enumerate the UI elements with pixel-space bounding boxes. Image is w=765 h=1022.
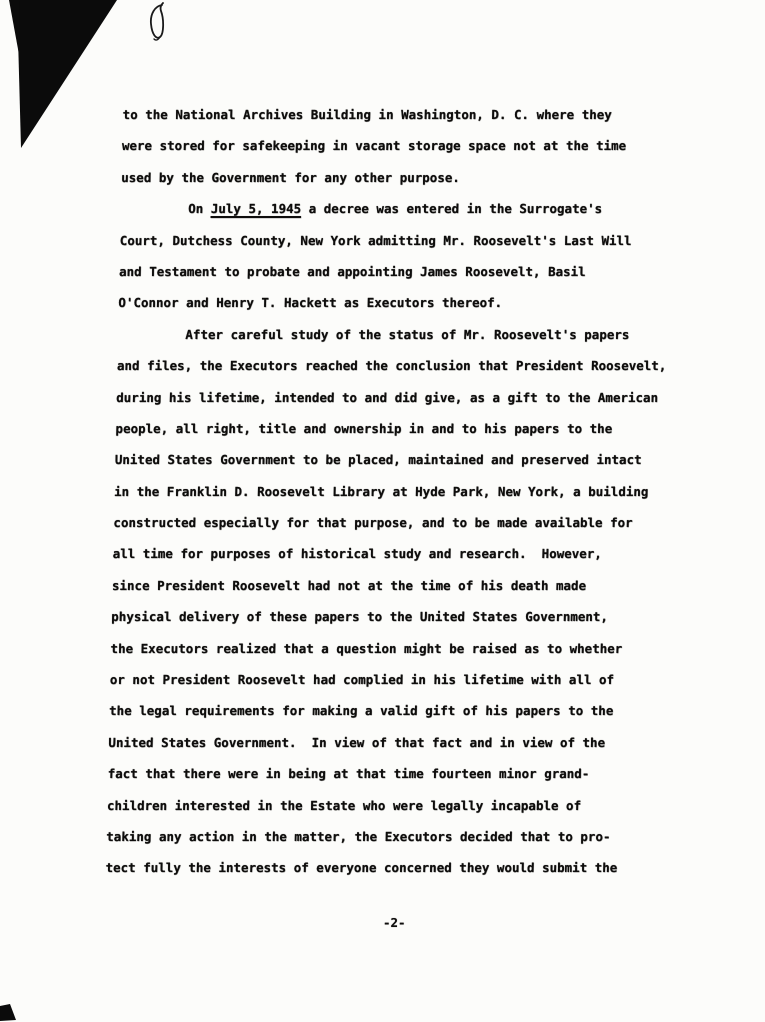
text-line: children interested in the Estate who we… (107, 790, 657, 821)
scanned-document-page: to the National Archives Building in Was… (0, 0, 765, 1022)
text-segment: Court, Dutchess County, New York admitti… (120, 233, 632, 248)
text-line: used by the Government for any other pur… (121, 162, 671, 193)
page-number: -2- (383, 913, 406, 933)
text-segment: and files, the Executors reached the con… (117, 358, 667, 373)
text-segment: a decree was entered in the Surrogate's (301, 201, 602, 216)
text-line: physical delivery of these papers to the… (111, 601, 661, 632)
text-line: all time for purposes of historical stud… (112, 538, 662, 569)
text-line: and Testament to probate and appointing … (119, 256, 669, 287)
text-line: in the Franklin D. Roosevelt Library at … (114, 476, 664, 507)
text-segment: physical delivery of these papers to the… (111, 609, 608, 624)
text-line: to the National Archives Building in Was… (122, 99, 672, 130)
text-line: or not President Roosevelt had complied … (109, 664, 659, 695)
underlined-text: July 5, 1945 (211, 201, 302, 216)
text-segment: children interested in the Estate who we… (107, 798, 581, 813)
text-segment: tect fully the interests of everyone con… (105, 860, 617, 875)
text-line: United States Government to be placed, m… (114, 444, 664, 475)
text-line: taking any action in the matter, the Exe… (106, 821, 656, 852)
text-line: On July 5, 1945 a decree was entered in … (120, 193, 670, 224)
text-line: during his lifetime, intended to and did… (116, 382, 666, 413)
scan-corner-artifact (0, 1004, 20, 1022)
typewritten-text: to the National Archives Building in Was… (105, 99, 672, 884)
text-line: people, all right, title and ownership i… (115, 413, 665, 444)
text-line: the Executors realized that a question m… (110, 633, 660, 664)
text-segment: On (120, 201, 211, 216)
text-line: fact that there were in being at that ti… (107, 758, 657, 789)
text-line: and files, the Executors reached the con… (117, 350, 667, 381)
text-line: tect fully the interests of everyone con… (105, 852, 655, 883)
text-line: Court, Dutchess County, New York admitti… (119, 225, 669, 256)
text-line: were stored for safekeeping in vacant st… (122, 130, 672, 161)
scan-corner-fold-artifact (0, 0, 130, 152)
text-segment: or not President Roosevelt had complied … (110, 672, 615, 687)
text-line: the legal requirements for making a vali… (109, 695, 659, 726)
text-line: O'Connor and Henry T. Hackett as Executo… (118, 287, 668, 318)
text-segment: were stored for safekeeping in vacant st… (122, 138, 627, 153)
text-segment: to the National Archives Building in Was… (122, 107, 612, 122)
text-segment: constructed especially for that purpose,… (113, 515, 633, 530)
text-line: since President Roosevelt had not at the… (112, 570, 662, 601)
text-segment: all time for purposes of historical stud… (113, 546, 603, 561)
text-segment: the legal requirements for making a vali… (109, 703, 614, 718)
handwritten-mark (146, 2, 170, 44)
text-segment: people, all right, title and ownership i… (115, 421, 612, 436)
text-segment: After careful study of the status of Mr.… (117, 327, 629, 342)
text-line: After careful study of the status of Mr.… (117, 319, 667, 350)
text-segment: United States Government. In view of tha… (108, 735, 605, 750)
text-segment: fact that there were in being at that ti… (108, 766, 590, 781)
text-segment: during his lifetime, intended to and did… (116, 390, 658, 405)
text-segment: in the Franklin D. Roosevelt Library at … (114, 484, 649, 499)
text-segment: United States Government to be placed, m… (115, 452, 642, 467)
text-line: United States Government. In view of tha… (108, 727, 658, 758)
text-segment: and Testament to probate and appointing … (119, 264, 586, 279)
text-segment: the Executors realized that a question m… (110, 641, 622, 656)
text-line: constructed especially for that purpose,… (113, 507, 663, 538)
text-segment: since President Roosevelt had not at the… (112, 578, 586, 593)
text-segment: used by the Government for any other pur… (121, 170, 460, 185)
text-segment: O'Connor and Henry T. Hackett as Executo… (118, 295, 502, 310)
text-segment: taking any action in the matter, the Exe… (106, 829, 611, 844)
